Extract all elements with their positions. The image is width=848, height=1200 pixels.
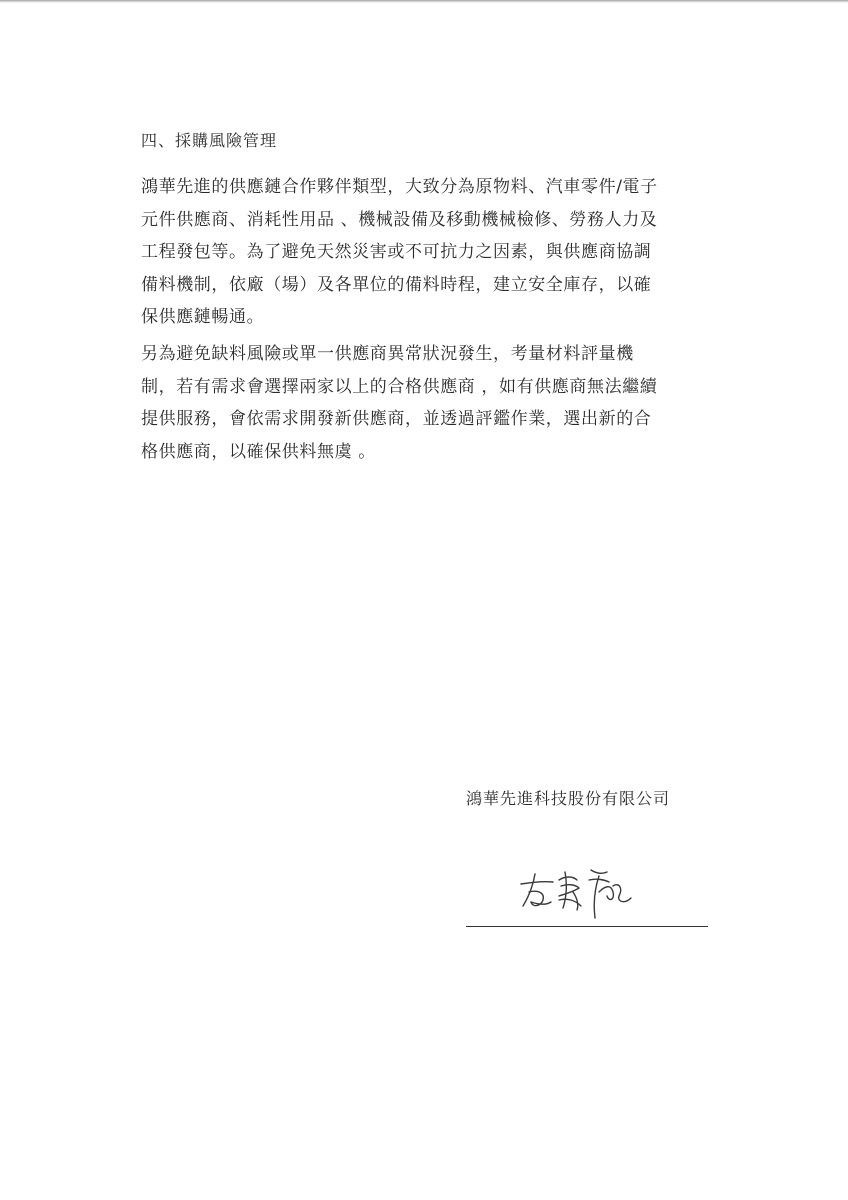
paragraph-shortage-risk: 另為避免缺料風險或單一供應商異常狀況發生，考量材料評量機 制，若有需求會選擇兩家… [141, 338, 721, 468]
paragraph-line: 元件供應商、消耗性用品 、機械設備及移動機械檢修、勞務人力及 [141, 204, 721, 237]
company-name: 鴻華先進科技股份有限公司 [466, 786, 670, 812]
paragraph-line: 另為避免缺料風險或單一供應商異常狀況發生，考量材料評量機 [141, 338, 721, 371]
section-heading: 四、採購風險管理 [141, 128, 277, 154]
paragraph-line: 保供應鏈暢通。 [141, 301, 721, 334]
paragraph-line: 工程發包等。為了避免天然災害或不可抗力之因素，與供應商協調 [141, 236, 721, 269]
paragraph-supply-chain: 鴻華先進的供應鏈合作夥伴類型，大致分為原物料、汽車零件/電子 元件供應商、消耗性… [141, 171, 721, 334]
paragraph-line: 提供服務，會依需求開發新供應商，並透過評鑑作業，選出新的合 [141, 403, 721, 436]
signature-line [466, 926, 708, 927]
scan-top-edge [0, 0, 848, 3]
paragraph-line: 鴻華先進的供應鏈合作夥伴類型，大致分為原物料、汽車零件/電子 [141, 171, 721, 204]
paragraph-line: 制，若有需求會選擇兩家以上的合格供應商 ，如有供應商無法繼續 [141, 371, 721, 404]
paragraph-line: 格供應商，以確保供料無虞 。 [141, 436, 721, 469]
signature-icon [515, 862, 645, 922]
paragraph-line: 備料機制，依廠（場）及各單位的備料時程，建立安全庫存，以確 [141, 269, 721, 302]
